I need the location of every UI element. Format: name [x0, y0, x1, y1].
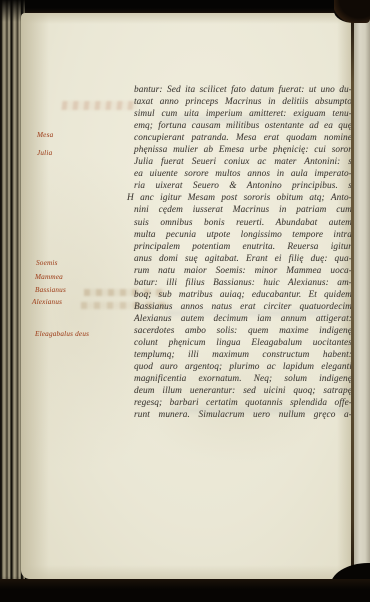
text-line: emq; fortuna causam militibus ostentante…: [134, 120, 352, 132]
margin-note: Mesa: [37, 131, 53, 139]
margin-note: Soemis: [36, 259, 58, 267]
text-line: nini cędem iusserat Macrinus in patriam …: [134, 204, 352, 216]
text-line: templumq; illi maximum constructum haben…: [134, 349, 352, 361]
text-line: Alexianus autem decimum iam annum attige…: [134, 313, 352, 325]
manuscript-photo: bantur: Sed ita scilicet fato datum fuer…: [0, 0, 370, 602]
book-cover-corner: [334, 0, 370, 23]
ink-showthrough: [62, 101, 139, 110]
facing-page-edge: [354, 16, 370, 579]
text-line: colunt phęnicum lingua Eleagabalum uocit…: [134, 337, 352, 349]
text-block: bantur: Sed ita scilicet fato datum fuer…: [134, 84, 352, 421]
book-cover-top-edge: [0, 0, 370, 14]
text-line: multa pecunia utpote longissimo tempore …: [134, 229, 352, 241]
text-line: sacerdotes ambo solis: quem maxime indig…: [134, 325, 352, 337]
text-line: bantur: Sed ita scilicet fato datum fuer…: [134, 84, 352, 96]
text-line: quod auro argentoq; plurimo ac lapidum e…: [134, 361, 352, 373]
text-line: runt munera. Simulacrum uero nullum gręc…: [134, 409, 352, 421]
text-line: suis omnibus bonis reuerti. Abundabat au…: [134, 217, 352, 229]
text-line: magnificentia exornatum. Neq; solum indi…: [134, 373, 352, 385]
text-line: principalem potentiam enutrita. Reuersa …: [134, 241, 352, 253]
text-line: ria uixerat Seuero & Antonino principibu…: [134, 180, 352, 192]
text-line: taxat anno princeps Macrinus in delitiis…: [134, 96, 352, 108]
text-line: Bassianus annos natus erat circiter quat…: [134, 301, 352, 313]
text-line: Julia fuerat Seueri coniux ac mater Anto…: [134, 156, 352, 168]
margin-note: Eleagabalus deus: [35, 330, 89, 338]
text-line: simul cum uita imperium amitteret: exigu…: [134, 108, 352, 120]
text-line: rum natu maior Soemis: minor Mammea uoca…: [134, 265, 352, 277]
text-line: boq; sub matribus auiaq; educabantur. Et…: [134, 289, 352, 301]
margin-note: Alexianus: [32, 298, 62, 306]
margin-note: Julia: [37, 149, 52, 157]
text-line: concupierant patranda. Mesa erat quodam …: [134, 132, 352, 144]
text-line: batur: illi filius Bassianus: huic Alexi…: [134, 277, 352, 289]
text-line: ea uiuente sorore multos annos in aula i…: [134, 168, 352, 180]
text-line: deum illum uenerantur: sed uicini quoq; …: [134, 385, 352, 397]
margin-note: Mammea: [35, 273, 63, 281]
book-cover-bottom-edge: [0, 579, 370, 602]
text-line: regesq; barbari certatim quotannis splen…: [134, 397, 352, 409]
text-line: phęnissa mulier ab Emesa urbe phęnicię: …: [134, 144, 352, 156]
text-line: anus domi suę agitabat. Erant ei filię d…: [134, 253, 352, 265]
margin-note: Bassianus: [35, 286, 66, 294]
text-line: H anc igitur Mesam post sororis obitum a…: [127, 192, 352, 204]
